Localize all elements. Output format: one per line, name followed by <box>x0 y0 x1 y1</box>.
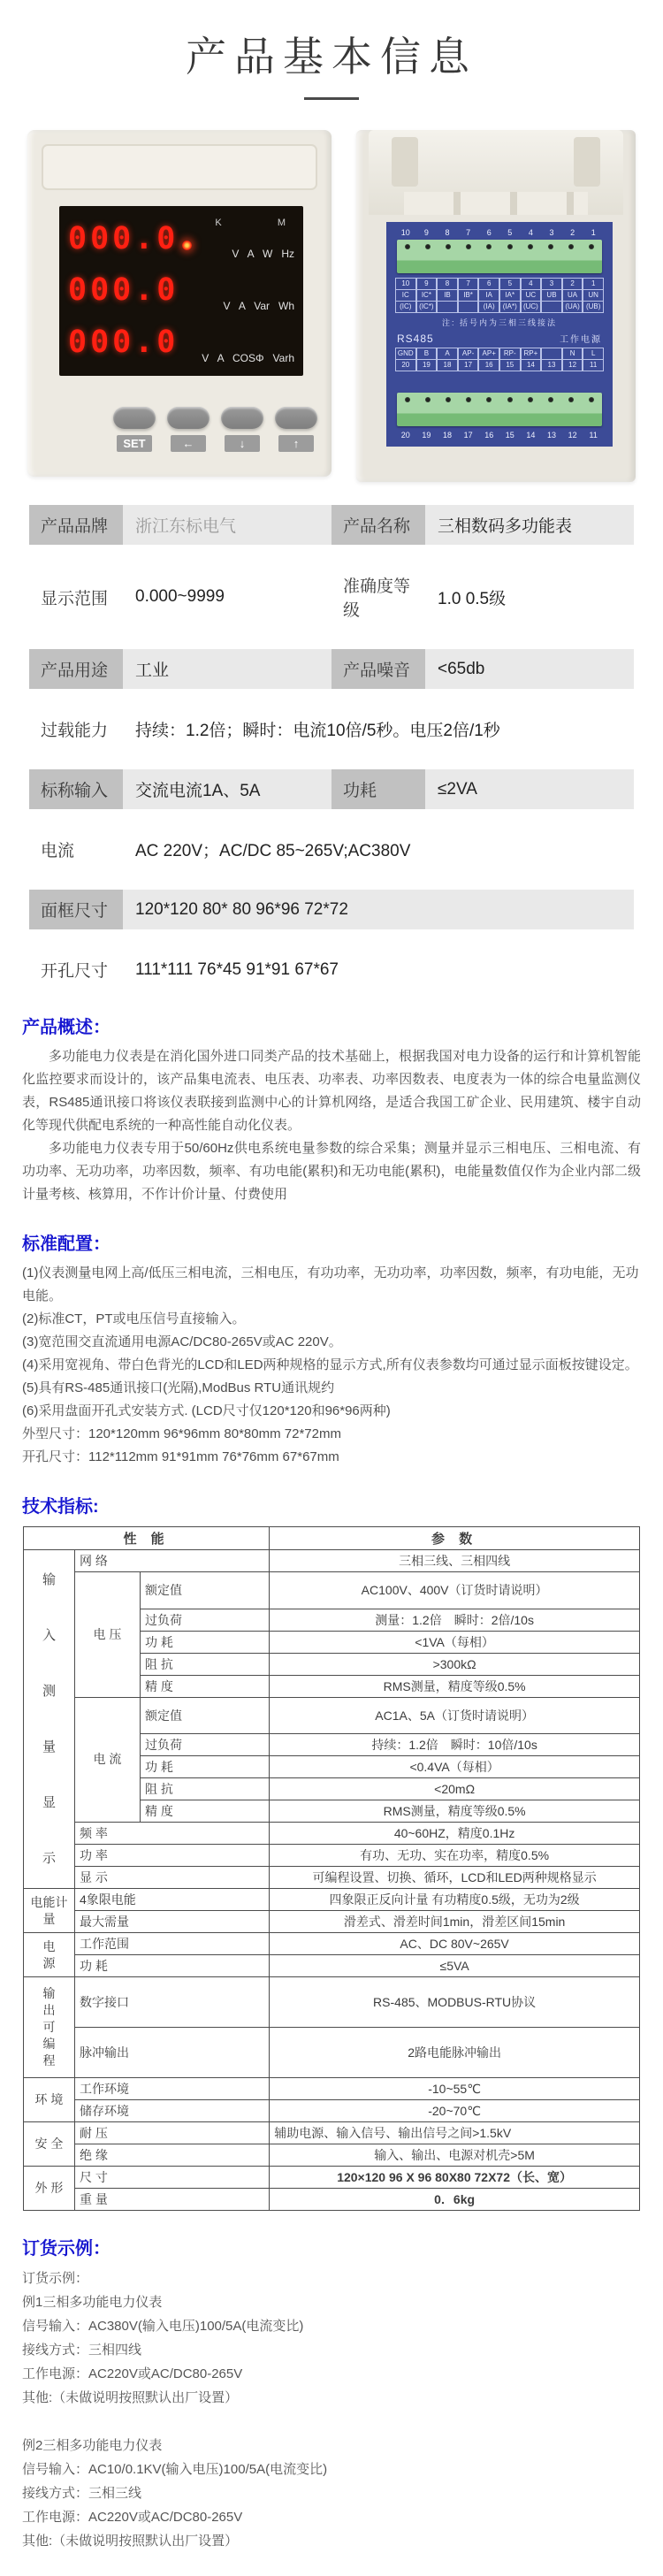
terminal-cell: L <box>583 348 604 360</box>
spec-label: 产品名称 <box>331 505 425 545</box>
tech-row: 脉冲输出2路电能脉冲输出 <box>24 2028 640 2078</box>
led-units: V A W Hz <box>199 248 294 260</box>
product-photo-front: 000.0 K M V A W Hz 000.0 V A Var Wh <box>27 130 331 477</box>
page-title: 产品基本信息 <box>0 25 663 83</box>
terminal-cell: AP+ <box>478 348 499 360</box>
mounting-clip <box>574 137 600 187</box>
terminal-cell: IB <box>437 289 458 302</box>
spec-value: ≤2VA <box>425 772 634 807</box>
config-line: 外型尺寸：120*120mm 96*96mm 80*80mm 72*72mm <box>22 1423 641 1446</box>
spec-label: 过载能力 <box>29 709 123 749</box>
terminal-cell: 10 <box>395 278 416 290</box>
terminal-table-row: 10987654321 <box>395 278 604 290</box>
tech-header-parameter: 参 数 <box>270 1527 640 1550</box>
tech-section: 技术指标: 性 能 参 数 输 入 测 量 显 示 网 络 三相三线、三相四线 … <box>22 1492 641 2211</box>
terminal-cell: RP- <box>499 348 521 360</box>
tech-group-output: 输 出 可 编 程 <box>24 1977 75 2078</box>
spec-value: 1.0 0.5级 <box>425 577 634 617</box>
order-section: 订货示例： 订货示例：例1三相多功能电力仪表信号输入：AC380V(输入电压)1… <box>22 2234 641 2553</box>
terminal-cell: UN <box>583 289 604 302</box>
up-arrow-icon: ↑ <box>278 435 314 452</box>
terminal-screws <box>397 244 602 249</box>
terminal-cell: IC <box>395 289 416 302</box>
order-lines: 订货示例：例1三相多功能电力仪表信号输入：AC380V(输入电压)100/5A(… <box>22 2266 641 2553</box>
tech-label: 精 度 <box>141 1675 270 1697</box>
terminal-cell: (IC) <box>395 301 416 313</box>
tech-group-energy: 电能计 量 <box>24 1889 75 1933</box>
tech-value: 输入、输出、电源对机壳>5M <box>270 2144 640 2167</box>
spec-row-overload: 过载能力 持续：1.2倍；瞬时：电流10倍/5秒。电压2倍/1秒 <box>29 709 634 749</box>
terminal-cell <box>458 301 479 313</box>
tech-value: >300kΩ <box>270 1653 640 1675</box>
tech-row: 电 流 额定值 AC1A、5A（订货时请说明） <box>24 1697 640 1734</box>
terminal-cell: RP+ <box>521 348 542 360</box>
spec-summary-table: 产品品牌 浙江东标电气 产品名称 三相数码多功能表 显示范围 0.000~999… <box>29 505 634 990</box>
tech-label: 工作范围 <box>75 1933 270 1955</box>
tech-label: 阻 抗 <box>141 1778 270 1800</box>
tech-label: 储存环境 <box>75 2100 270 2122</box>
spec-value: 三相数码多功能表 <box>425 505 634 545</box>
terminal-cell: (UA) <box>562 301 583 313</box>
order-heading: 订货示例： <box>22 2234 641 2259</box>
order-line: 例2三相多功能电力仪表 <box>22 2434 641 2458</box>
terminal-cell <box>437 301 458 313</box>
terminal-number: 16 <box>478 430 499 441</box>
tech-value: RMS测量，精度等级0.5% <box>270 1675 640 1697</box>
terminal-number: 9 <box>416 227 438 239</box>
power-label: 工作电源 <box>560 332 602 345</box>
terminal-cell: IA* <box>499 289 521 302</box>
terminal-cell: 8 <box>437 278 458 290</box>
spec-label: 功耗 <box>331 769 425 809</box>
terminal-cell: 14 <box>521 359 542 371</box>
order-line: 订货示例： <box>22 2266 641 2290</box>
tech-row: 外 形 尺 寸 120×120 96 X 96 80X80 72X72（长、宽） <box>24 2167 640 2189</box>
tech-row: 功 耗≤5VA <box>24 1955 640 1977</box>
terminal-numbers-top: 10987654321 <box>395 227 604 239</box>
tech-value: 四象限正反向计量 有功精度0.5级，无功为2级 <box>270 1889 640 1911</box>
tech-label: 显 示 <box>75 1867 270 1889</box>
product-images: 000.0 K M V A W Hz 000.0 V A Var Wh <box>0 130 663 482</box>
tech-value: 可编程设置、切换、循环，LCD和LED两种规格显示 <box>270 1867 640 1889</box>
terminal-cell: 3 <box>541 278 562 290</box>
tech-group-safety: 安 全 <box>24 2122 75 2167</box>
tech-label: 脉冲输出 <box>75 2028 270 2078</box>
led-digits: 000.0 <box>68 327 179 358</box>
button-oval <box>167 407 210 429</box>
terminal-cell: 5 <box>499 278 521 290</box>
left-arrow-icon: ← <box>171 435 206 452</box>
terminal-table-row: ICIC*IBIB*IAIA*UCUBUAUN <box>395 289 604 302</box>
terminal-cell: (IA) <box>478 301 499 313</box>
tech-label: 功 耗 <box>141 1631 270 1653</box>
meter-set-button: SET <box>113 407 156 452</box>
tech-value: 测量：1.2倍 瞬时：2倍/10s <box>270 1609 640 1631</box>
order-line: 信号输入：AC10/0.1KV(输入电压)100/5A(电流变比) <box>22 2458 641 2481</box>
tech-value: <20mΩ <box>270 1778 640 1800</box>
meter-down-button: ↓ <box>221 407 263 452</box>
config-line: (3)宽范围交直流通用电源AC/DC80-265V或AC 220V。 <box>22 1331 641 1354</box>
spec-row-input: 标称输入 交流电流1A、5A 功耗 ≤2VA <box>29 769 634 809</box>
tech-row: 功 率有功、无功、实在功率，精度0.5% <box>24 1845 640 1867</box>
indicator-led <box>182 241 192 250</box>
terminal-cell: 11 <box>583 359 604 371</box>
tech-value: RS-485、MODBUS-RTU协议 <box>270 1977 640 2028</box>
tech-label: 最大需量 <box>75 1911 270 1933</box>
tech-label: 4象限电能 <box>75 1889 270 1911</box>
spec-value: 持续：1.2倍；瞬时：电流10倍/5秒。电压2倍/1秒 <box>123 709 634 749</box>
spec-row-frame-size: 面框尺寸 120*120 80* 80 96*96 72*72 <box>29 890 634 929</box>
overview-section: 产品概述： 多功能电力仪表是在消化国外进口同类产品的技术基础上，根据我国对电力设… <box>22 1013 641 1206</box>
terminal-number: 6 <box>478 227 499 239</box>
spec-value: 0.000~9999 <box>123 579 331 615</box>
button-oval <box>113 407 156 429</box>
spec-value: 工业 <box>123 649 331 689</box>
terminal-cell: 17 <box>458 359 479 371</box>
spec-label: 开孔尺寸 <box>29 950 123 990</box>
spec-row-current: 电流 AC 220V；AC/DC 85~265V;AC380V <box>29 829 634 869</box>
wiring-note: 注: 括号内为三相三线接法 <box>395 317 604 328</box>
led-units: V A Var Wh <box>184 300 294 312</box>
terminal-cell: 1 <box>583 278 604 290</box>
standard-config-section: 标准配置： (1)仪表测量电网上高/低压三相电流，三相电压，有功功率，无功功率，… <box>22 1229 641 1469</box>
tech-label: 额定值 <box>141 1697 270 1734</box>
tech-header-performance: 性 能 <box>24 1527 270 1550</box>
spec-label: 产品品牌 <box>29 505 123 545</box>
spec-value: 111*111 76*45 91*91 67*67 <box>123 952 634 988</box>
terminal-number: 3 <box>541 227 562 239</box>
terminal-block-bottom <box>397 393 602 426</box>
order-line: 例1三相多功能电力仪表 <box>22 2290 641 2314</box>
terminal-number: 12 <box>562 430 583 441</box>
spec-label: 标称输入 <box>29 769 123 809</box>
tech-row: 电 压 额定值 AC100V、400V（订货时请说明） <box>24 1572 640 1609</box>
tech-label: 功 耗 <box>75 1955 270 1977</box>
tech-label: 阻 抗 <box>141 1653 270 1675</box>
terminal-number: 2 <box>562 227 583 239</box>
order-line: 接线方式：三相三线 <box>22 2481 641 2505</box>
meter-back-top <box>369 130 623 215</box>
page-header: 产品基本信息 <box>0 0 663 100</box>
interface-labels: RS485 工作电源 <box>397 332 602 345</box>
tech-value: 2路电能脉冲输出 <box>270 2028 640 2078</box>
terminal-cell: UC <box>521 289 542 302</box>
spec-value: AC 220V；AC/DC 85~265V;AC380V <box>123 829 634 869</box>
mounting-clip <box>392 137 418 187</box>
order-line: 工作电源：AC220V或AC/DC80-265V <box>22 2505 641 2529</box>
rs485-label: RS485 <box>397 333 434 345</box>
label-m: M <box>278 218 286 228</box>
terminal-cell: IC* <box>416 289 438 302</box>
terminal-number: 19 <box>416 430 438 441</box>
terminal-cell: B <box>416 348 438 360</box>
tech-label: 精 度 <box>141 1800 270 1823</box>
tech-row: 最大需量滑差式、滑差时间1min，滑差区间15min <box>24 1911 640 1933</box>
terminal-cell: 9 <box>416 278 438 290</box>
spec-value: 浙江东标电气 <box>123 505 331 545</box>
terminal-number: 11 <box>583 430 604 441</box>
spec-row-cutout-size: 开孔尺寸 111*111 76*45 91*91 67*67 <box>29 950 634 990</box>
spec-row-brand: 产品品牌 浙江东标电气 产品名称 三相数码多功能表 <box>29 505 634 545</box>
tech-row: 环 境 工作环境 -10~55℃ <box>24 2078 640 2100</box>
led-top-labels: K M <box>199 218 294 228</box>
tech-row: 绝 缘输入、输出、电源对机壳>5M <box>24 2144 640 2167</box>
terminal-cell: 6 <box>478 278 499 290</box>
terminal-cell: AP- <box>458 348 479 360</box>
spec-label: 电流 <box>29 829 123 869</box>
terminal-cell: 18 <box>437 359 458 371</box>
led-row: 000.0 K M V A W Hz <box>68 218 294 260</box>
terminal-cell: 4 <box>521 278 542 290</box>
terminal-cell: A <box>437 348 458 360</box>
order-line <box>22 2410 641 2434</box>
terminal-cell: (IC*) <box>416 301 438 313</box>
led-units: V A COSΦ Varh <box>184 352 294 364</box>
terminal-number: 1 <box>583 227 604 239</box>
tech-value: 持续：1.2倍 瞬时：10倍/10s <box>270 1734 640 1756</box>
meter-led-display: 000.0 K M V A W Hz 000.0 V A Var Wh <box>59 206 303 376</box>
tech-value: 辅助电源、输入信号、输出信号之间>1.5kV <box>270 2122 640 2144</box>
config-line: (2)标准CT，PT或电压信号直接输入。 <box>22 1308 641 1331</box>
led-labels: V A Var Wh <box>179 270 294 312</box>
meter-left-button: ← <box>167 407 210 452</box>
tech-label: 重 量 <box>75 2189 270 2211</box>
terminal-number: 20 <box>395 430 416 441</box>
led-digits: 000.0 <box>68 224 179 255</box>
tech-heading: 技术指标: <box>22 1492 641 1517</box>
spec-label: 准确度等级 <box>331 565 425 629</box>
spec-row-range: 显示范围 0.000~9999 准确度等级 1.0 0.5级 <box>29 565 634 629</box>
tech-row: 储存环境-20~70℃ <box>24 2100 640 2122</box>
overview-heading: 产品概述： <box>22 1013 641 1038</box>
order-line: 接线方式：三相四线 <box>22 2338 641 2362</box>
terminal-number: 13 <box>541 430 562 441</box>
terminal-number: 17 <box>458 430 479 441</box>
tech-row: 电能计 量 4象限电能 四象限正反向计量 有功精度0.5级，无功为2级 <box>24 1889 640 1911</box>
tech-label: 过负荷 <box>141 1609 270 1631</box>
terminal-cell: 2 <box>562 278 583 290</box>
terminal-table-row: 20191817161514131211 <box>395 359 604 371</box>
tech-row: 输 出 可 编 程 数字接口 RS-485、MODBUS-RTU协议 <box>24 1977 640 2028</box>
terminal-number: 8 <box>437 227 458 239</box>
terminal-block-top <box>397 240 602 273</box>
tech-row: 重 量0．6kg <box>24 2189 640 2211</box>
terminal-table-2: GNDBAAP-AP+RP-RP+NL 20191817161514131211 <box>395 348 604 371</box>
tech-table: 性 能 参 数 输 入 测 量 显 示 网 络 三相三线、三相四线 电 压 额定… <box>23 1526 640 2211</box>
terminal-number: 10 <box>395 227 416 239</box>
tech-value: -20~70℃ <box>270 2100 640 2122</box>
terminal-cell: 15 <box>499 359 521 371</box>
terminal-table-row: GNDBAAP-AP+RP-RP+NL <box>395 348 604 360</box>
config-heading: 标准配置： <box>22 1229 641 1255</box>
down-arrow-icon: ↓ <box>225 435 260 452</box>
tech-label: 绝 缘 <box>75 2144 270 2167</box>
meter-buttons: SET ← ↓ ↑ <box>113 407 317 452</box>
config-line: (6)采用盘面开孔式安装方式. (LCD尺寸仅120*120和96*96两种) <box>22 1400 641 1423</box>
spec-value: 120*120 80* 80 96*96 72*72 <box>123 892 634 928</box>
spec-label: 产品噪音 <box>331 649 425 689</box>
tech-group-voltage: 电 压 <box>75 1572 141 1698</box>
tech-value: 有功、无功、实在功率，精度0.5% <box>270 1845 640 1867</box>
tech-label: 额定值 <box>141 1572 270 1609</box>
terminal-number: 5 <box>499 227 521 239</box>
terminal-panel: 10987654321 10987654321 ICIC*IBIB*IAIA*U… <box>386 222 613 447</box>
tech-value: AC1A、5A（订货时请说明） <box>270 1697 640 1734</box>
tech-value: RMS测量，精度等级0.5% <box>270 1800 640 1823</box>
terminal-cell: IB* <box>458 289 479 302</box>
terminal-cell: 16 <box>478 359 499 371</box>
tech-value: <0.4VA（每相） <box>270 1756 640 1778</box>
terminal-table-1: 10987654321 ICIC*IBIB*IAIA*UCUBUAUN (IC)… <box>395 279 604 313</box>
title-underline <box>304 97 359 100</box>
order-line: 信号输入：AC380V(输入电压)100/5A(电流变比) <box>22 2314 641 2338</box>
led-digits: 000.0 <box>68 275 179 306</box>
terminal-cell: UB <box>541 289 562 302</box>
config-line: (5)具有RS-485通讯接口(光隔),ModBus RTU通讯规约 <box>22 1377 641 1400</box>
terminal-cell: (IA*) <box>499 301 521 313</box>
tech-label: 工作环境 <box>75 2078 270 2100</box>
terminal-number: 4 <box>521 227 542 239</box>
config-line: (1)仪表测量电网上高/低压三相电流，三相电压，有功功率，无功功率，功率因数，频… <box>22 1262 641 1308</box>
config-line: 开孔尺寸：112*112mm 91*91mm 76*76mm 67*67mm <box>22 1446 641 1469</box>
tech-row: 显 示可编程设置、切换、循环，LCD和LED两种规格显示 <box>24 1867 640 1889</box>
tech-group-power-supply: 电 源 <box>24 1933 75 1977</box>
terminal-number: 14 <box>521 430 542 441</box>
spec-label: 产品用途 <box>29 649 123 689</box>
order-line: 工作电源：AC220V或AC/DC80-265V <box>22 2362 641 2386</box>
set-button-label: SET <box>117 435 152 452</box>
tech-value: 0．6kg <box>270 2189 640 2211</box>
tech-label: 过负荷 <box>141 1734 270 1756</box>
tech-label: 耐 压 <box>75 2122 270 2144</box>
terminal-number: 7 <box>458 227 479 239</box>
tech-label: 网 络 <box>75 1550 270 1572</box>
terminal-cell: UA <box>562 289 583 302</box>
tech-value: 40~60HZ，精度0.1Hz <box>270 1823 640 1845</box>
tech-row: 电 源 工作范围 AC、DC 80V~265V <box>24 1933 640 1955</box>
terminal-numbers-bottom: 20191817161514131211 <box>395 430 604 441</box>
terminal-cell: (UC) <box>521 301 542 313</box>
meter-top-label-strip <box>42 144 317 190</box>
tech-value: -10~55℃ <box>270 2078 640 2100</box>
tech-label: 数字接口 <box>75 1977 270 2028</box>
config-lines: (1)仪表测量电网上高/低压三相电流，三相电压，有功功率，无功功率，功率因数，频… <box>22 1262 641 1469</box>
spec-value: <65db <box>425 652 634 687</box>
tech-value: AC100V、400V（订货时请说明） <box>270 1572 640 1609</box>
terminal-cell: 13 <box>541 359 562 371</box>
terminal-table-row: (IC)(IC*)(IA)(IA*)(UC)(UA)(UB) <box>395 301 604 313</box>
overview-paragraph-2: 多功能电力仪表专用于50/60Hz供电系统电量参数的综合采集；测量并显示三相电压… <box>22 1137 641 1206</box>
terminal-cell: 19 <box>416 359 438 371</box>
terminal-cell: (UB) <box>583 301 604 313</box>
tech-value: 120×120 96 X 96 80X80 72X72（长、宽） <box>270 2167 640 2189</box>
tech-label: 尺 寸 <box>75 2167 270 2189</box>
terminal-number: 18 <box>437 430 458 441</box>
terminal-cell: 20 <box>395 359 416 371</box>
tech-value: <1VA（每相） <box>270 1631 640 1653</box>
spec-label: 面框尺寸 <box>29 890 123 929</box>
terminal-cell: N <box>562 348 583 360</box>
button-oval <box>275 407 317 429</box>
order-line: 其他:（未做说明按照默认出厂设置） <box>22 2386 641 2410</box>
tech-label: 功 率 <box>75 1845 270 1867</box>
tech-value: ≤5VA <box>270 1955 640 1977</box>
tech-group-environment: 环 境 <box>24 2078 75 2122</box>
led-labels: K M V A W Hz <box>194 218 294 260</box>
tech-row: 安 全 耐 压 辅助电源、输入信号、输出信号之间>1.5kV <box>24 2122 640 2144</box>
terminal-cell: GND <box>395 348 416 360</box>
tech-group-shape: 外 形 <box>24 2167 75 2211</box>
tech-row: 频 率40~60HZ，精度0.1Hz <box>24 1823 640 1845</box>
product-photo-back: 10987654321 10987654321 ICIC*IBIB*IAIA*U… <box>356 130 636 482</box>
terminal-screws <box>397 397 602 402</box>
button-oval <box>221 407 263 429</box>
tech-group-input-display: 输 入 测 量 显 示 <box>24 1550 75 1889</box>
terminal-cell: 7 <box>458 278 479 290</box>
tech-value: 三相三线、三相四线 <box>270 1550 640 1572</box>
overview-paragraph-1: 多功能电力仪表是在消化国外进口同类产品的技术基础上，根据我国对电力设备的运行和计… <box>22 1045 641 1137</box>
led-row: 000.0 V A COSΦ Varh <box>68 322 294 364</box>
tech-group-current: 电 流 <box>75 1697 141 1823</box>
label-k: K <box>215 218 221 228</box>
case-ridge <box>404 192 588 215</box>
terminal-cell: 12 <box>562 359 583 371</box>
led-labels: V A COSΦ Varh <box>179 322 294 364</box>
terminal-cell <box>541 301 562 313</box>
tech-header-row: 性 能 参 数 <box>24 1527 640 1550</box>
tech-row: 输 入 测 量 显 示 网 络 三相三线、三相四线 <box>24 1550 640 1572</box>
spec-value: 交流电流1A、5A <box>123 769 331 809</box>
spec-row-usage: 产品用途 工业 产品噪音 <65db <box>29 649 634 689</box>
tech-label: 频 率 <box>75 1823 270 1845</box>
tech-value: 滑差式、滑差时间1min，滑差区间15min <box>270 1911 640 1933</box>
terminal-number: 15 <box>499 430 521 441</box>
order-line: 其他:（未做说明按照默认出厂设置） <box>22 2529 641 2553</box>
terminal-cell <box>541 348 562 360</box>
led-row: 000.0 V A Var Wh <box>68 270 294 312</box>
config-line: (4)采用宽视角、带白色背光的LCD和LED两种规格的显示方式,所有仪表参数均可… <box>22 1354 641 1377</box>
spec-label: 显示范围 <box>29 577 123 617</box>
terminal-cell: IA <box>478 289 499 302</box>
meter-up-button: ↑ <box>275 407 317 452</box>
tech-label: 功 耗 <box>141 1756 270 1778</box>
tech-value: AC、DC 80V~265V <box>270 1933 640 1955</box>
